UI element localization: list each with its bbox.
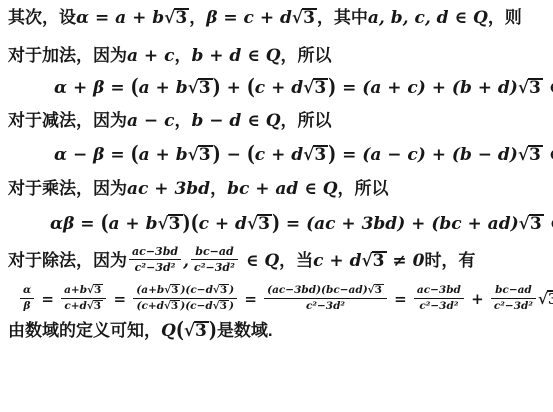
fraction-denominator: c+d√3	[61, 298, 106, 313]
big-paren: (	[131, 74, 139, 101]
math-document: 其次，设α = a + b√3，β = c + d√3，其中a, b, c, d…	[0, 0, 553, 343]
text-run: ，则	[488, 8, 522, 27]
sqrt-3: √3	[303, 78, 328, 99]
math-run: +	[466, 290, 489, 308]
math-run: )	[229, 300, 234, 312]
math-run: (ac−3bd)(bc−ad)	[267, 284, 368, 296]
math-run: α − β =	[54, 145, 131, 165]
big-paren: (	[247, 142, 255, 169]
fraction-denominator: c²−3d²	[264, 298, 387, 313]
math-run: a + b	[139, 145, 188, 165]
text-run: ，	[174, 111, 191, 130]
math-run: =	[108, 290, 131, 308]
text-run: ，其中	[317, 8, 368, 27]
math-run: c + d	[199, 214, 247, 234]
sqrt-3: √3	[303, 145, 328, 166]
fraction: (a+b√3)(c−d√3)(c+d√3)(c−d√3)	[133, 284, 237, 312]
fraction-numerator: ac−3bd	[129, 245, 181, 259]
sqrt-3: √3	[87, 284, 103, 297]
radicand: 3	[93, 284, 103, 296]
math-run: c + d	[313, 251, 361, 271]
radicand: 3	[93, 300, 103, 312]
math-run: )(c−d	[180, 284, 212, 296]
text-run: 时，有	[424, 251, 475, 270]
radicand: 3	[313, 78, 328, 98]
big-paren: )	[209, 318, 217, 345]
math-run: c + d	[255, 145, 303, 165]
text-run: ，	[189, 8, 206, 27]
math-run: −	[221, 145, 247, 165]
radicand: 3	[174, 8, 189, 28]
sqrt-3: √3	[164, 300, 180, 313]
sqrt-3: √3	[247, 214, 272, 235]
text-run: ，当	[279, 251, 313, 270]
math-run: = (a − c) + (b − d)	[336, 145, 518, 165]
sqrt-3: √3	[368, 284, 384, 297]
addition-intro-line: 对于加法，因为a + c，b + d ∈ Q，所以	[8, 45, 553, 67]
math-run: = (ac + 3bd) + (bc + ad)	[280, 214, 519, 234]
sqrt-3: √3	[164, 8, 189, 29]
math-run: ∈ Q	[240, 251, 279, 271]
conclusion-line: 由数域的定义可知，Q(√3)是数域.	[8, 320, 553, 342]
big-paren: (	[176, 318, 184, 345]
sqrt-3: √3	[213, 300, 229, 313]
radicand: 3	[170, 300, 180, 312]
math-run: a, b, c, d ∈ Q	[368, 8, 488, 28]
text-run: ，所以	[281, 111, 332, 130]
text-run: 由数域的定义可知，	[8, 321, 161, 340]
radicand: 3	[528, 78, 543, 98]
fraction-numerator: (a+b√3)(c−d√3)	[133, 284, 237, 298]
math-run: b − d ∈ Q	[191, 111, 280, 131]
math-run: Q	[161, 321, 176, 341]
big-paren: (	[191, 210, 199, 237]
math-run: =	[239, 290, 262, 308]
fraction-numerator: α	[20, 284, 34, 298]
radicand: 3	[313, 145, 328, 165]
multiplication-formula: αβ = (a + b√3)(c + d√3) = (ac + 3bd) + (…	[8, 213, 553, 235]
text-run: 其次，设	[8, 8, 76, 27]
math-run: α = a + b	[76, 8, 164, 28]
sqrt-3: √3	[292, 8, 317, 29]
big-paren: (	[131, 142, 139, 169]
fraction: ac−3bdc²−3d²	[414, 284, 464, 312]
math-run: (a+b	[136, 284, 164, 296]
math-run: bc + ad ∈ Q	[227, 179, 337, 199]
math-run: ac + 3bd	[127, 179, 210, 199]
sqrt-3: √3	[188, 145, 213, 166]
fraction-numerator: ac−3bd	[414, 284, 464, 298]
math-run: αβ =	[50, 214, 100, 234]
math-run: ∈ Q	[543, 78, 553, 98]
radicand: 3	[219, 284, 229, 296]
radicand: 3	[302, 8, 317, 28]
fraction-denominator: (c+d√3)(c−d√3)	[133, 298, 237, 313]
text-run: 对于减法，因为	[8, 111, 127, 130]
math-run: = (a + c) + (b + d)	[336, 78, 518, 98]
big-paren: )	[328, 142, 336, 169]
math-run: α + β =	[54, 78, 131, 98]
fraction-numerator: bc−ad	[191, 245, 238, 259]
sqrt-3: √3	[538, 290, 553, 309]
radicand: 3	[219, 300, 229, 312]
math-run: ∈ Q	[544, 214, 553, 234]
math-run: c + d	[255, 78, 303, 98]
subtraction-formula: α − β = (a + b√3) − (c + d√3) = (a − c) …	[8, 144, 553, 166]
sqrt-3: √3	[164, 284, 180, 297]
math-run: (c+d	[137, 300, 165, 312]
big-paren: (	[247, 74, 255, 101]
fraction: (ac−3bd)(bc−ad)√3c²−3d²	[264, 284, 387, 312]
radicand: 3	[170, 284, 180, 296]
math-run: a + b	[109, 214, 158, 234]
radicand: 3	[168, 214, 183, 234]
text-run: 对于加法，因为	[8, 46, 127, 65]
math-run: )(c−d	[180, 300, 212, 312]
radicand: 3	[198, 78, 213, 98]
radicand: 3	[198, 145, 213, 165]
fraction: αβ	[20, 284, 34, 312]
math-run: b + d ∈ Q	[191, 46, 280, 66]
fraction-denominator: c²−3d²	[491, 298, 536, 313]
radicand: 3	[374, 284, 384, 296]
fraction-denominator: c²−3d²	[191, 259, 238, 274]
fraction-numerator: bc−ad	[491, 284, 536, 298]
subtraction-intro-line: 对于减法，因为a − c，b − d ∈ Q，所以	[8, 110, 553, 132]
text-run: 是数域.	[217, 321, 273, 340]
multiplication-intro-line: 对于乘法，因为ac + 3bd，bc + ad ∈ Q，所以	[8, 178, 553, 200]
intro-line: 其次，设α = a + b√3，β = c + d√3，其中a, b, c, d…	[8, 7, 553, 29]
sqrt-3: √3	[184, 321, 209, 342]
radicand: 3	[528, 145, 543, 165]
radicand: 3	[547, 290, 553, 308]
radicand: 3	[257, 214, 272, 234]
math-run: ∈ Q	[543, 145, 553, 165]
sqrt-3: √3	[213, 284, 229, 297]
sqrt-3: √3	[157, 214, 182, 235]
sqrt-3: √3	[518, 78, 543, 99]
text-run: 对于除法，因为	[8, 251, 127, 270]
fraction: bc−adc²−3d²	[191, 245, 238, 274]
big-paren: )	[213, 142, 221, 169]
math-run: c+d	[64, 300, 87, 312]
addition-formula: α + β = (a + b√3) + (c + d√3) = (a + c) …	[8, 77, 553, 99]
math-run: =	[389, 290, 412, 308]
sqrt-3: √3	[518, 145, 543, 166]
math-run: ≠ 0	[387, 251, 425, 271]
fraction: ac−3bdc²−3d²	[129, 245, 181, 274]
sqrt-3: √3	[519, 214, 544, 235]
math-run: ,	[183, 251, 189, 271]
math-run: a + b	[139, 78, 188, 98]
text-run: 对于乘法，因为	[8, 179, 127, 198]
text-run: ，	[210, 179, 227, 198]
fraction-numerator: (ac−3bd)(bc−ad)√3	[264, 284, 387, 298]
fraction-denominator: c²−3d²	[414, 298, 464, 313]
math-run: a + c	[127, 46, 174, 66]
math-run: a − c	[127, 111, 174, 131]
fraction: bc−adc²−3d²	[491, 284, 536, 312]
math-run: a+b	[64, 284, 87, 296]
division-formula: αβ = a+b√3c+d√3 = (a+b√3)(c−d√3)(c+d√3)(…	[8, 286, 553, 314]
fraction-denominator: c²−3d²	[129, 259, 181, 274]
division-intro-line: 对于除法，因为ac−3bdc²−3d²,bc−adc²−3d² ∈ Q，当c +…	[8, 247, 553, 276]
fraction: a+b√3c+d√3	[61, 284, 106, 312]
big-paren: (	[100, 210, 108, 237]
fraction-denominator: β	[20, 298, 34, 313]
math-run: =	[36, 290, 59, 308]
fraction-numerator: a+b√3	[61, 284, 106, 298]
radicand: 3	[194, 321, 209, 341]
sqrt-3: √3	[361, 251, 386, 272]
text-run: ，所以	[338, 179, 389, 198]
sqrt-3: √3	[188, 78, 213, 99]
text-run: ，所以	[281, 46, 332, 65]
big-paren: )	[213, 74, 221, 101]
big-paren: )	[272, 210, 280, 237]
radicand: 3	[372, 251, 387, 271]
radicand: 3	[529, 214, 544, 234]
big-paren: )	[183, 210, 191, 237]
math-run: )	[229, 284, 234, 296]
text-run: ，	[174, 46, 191, 65]
sqrt-3: √3	[87, 300, 103, 313]
math-run: β = c + d	[206, 8, 292, 28]
math-run: +	[221, 78, 247, 98]
big-paren: )	[328, 74, 336, 101]
